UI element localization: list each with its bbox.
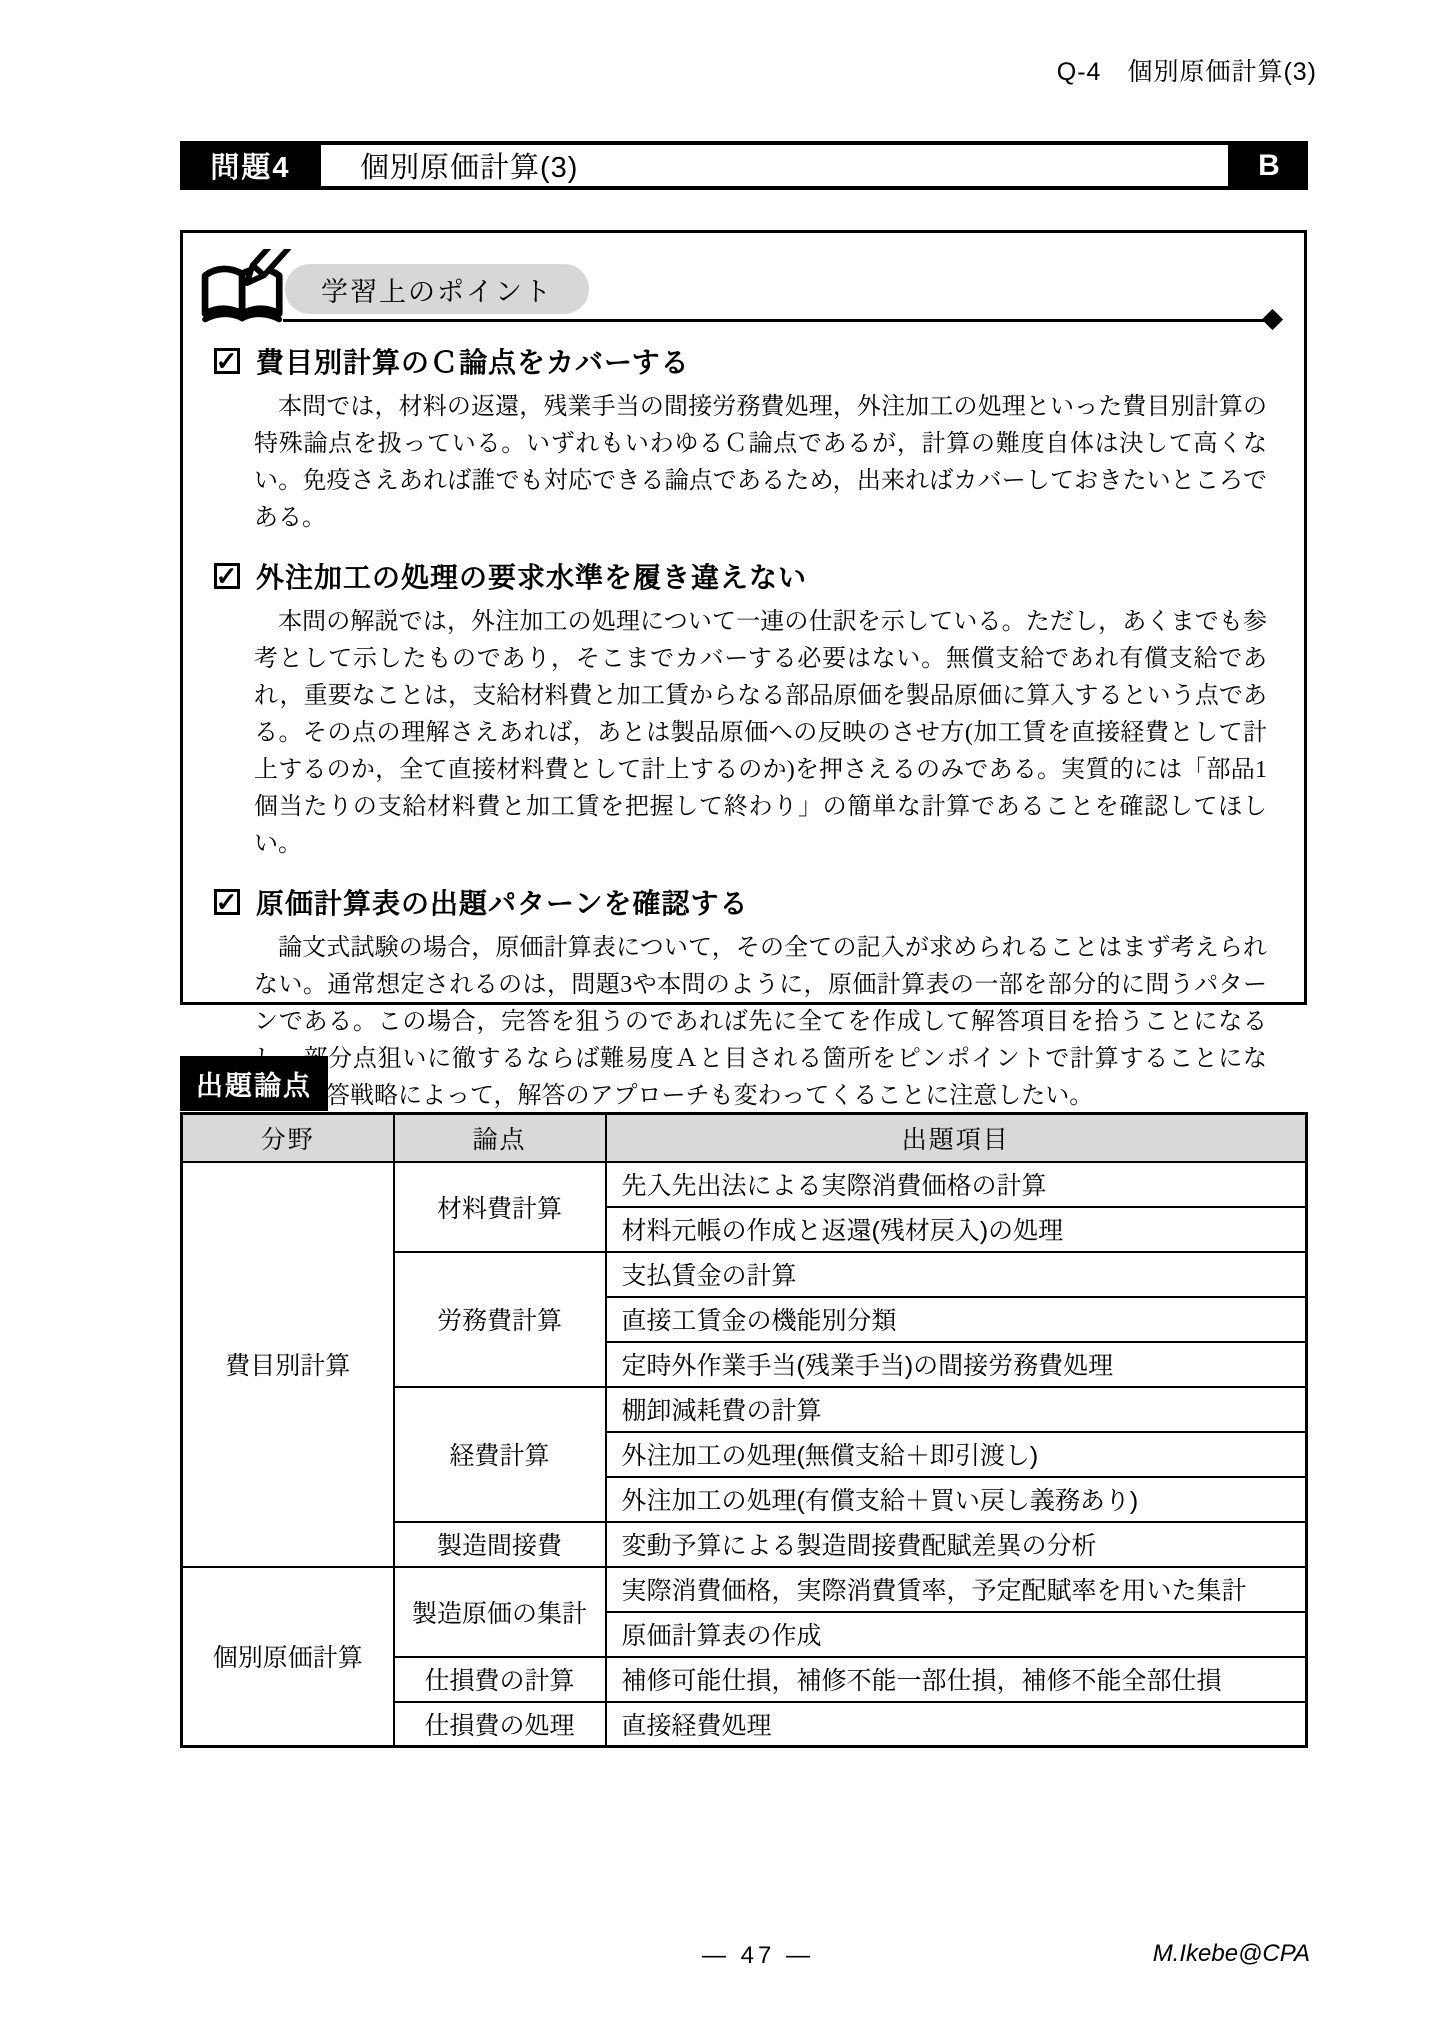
checkbox-checked-icon: ✓ [214,348,240,374]
points-header-pill: 学習上のポイント [285,264,589,314]
page-number: — 47 — [702,1942,814,1970]
table-cell-item: 変動予算による製造間接費配賦差異の分析 [606,1522,1307,1567]
table-cell-item: 棚卸減耗費の計算 [606,1387,1307,1432]
table-cell-topic: 仕損費の計算 [394,1657,606,1702]
table-cell-item: 直接工賃金の機能別分類 [606,1297,1307,1342]
point-heading-row: ✓ 原価計算表の出題パターンを確認する [214,882,1267,922]
point-section-2: ✓ 外注加工の処理の要求水準を履き違えない 本問の解説では，外注加工の処理につい… [214,556,1267,863]
table-cell-item: 原価計算表の作成 [606,1612,1307,1657]
checkbox-checked-icon: ✓ [214,889,240,915]
checkbox-checked-icon: ✓ [214,563,240,589]
table-header-row: 分野 論点 出題項目 [182,1114,1307,1162]
topics-label: 出題論点 [180,1056,328,1111]
point-body: 本問の解説では，外注加工の処理について一連の仕訳を示している。ただし，あくまでも… [254,604,1267,863]
point-body: 論文式試験の場合，原価計算表について，その全ての記入が求められることはまず考えら… [254,930,1267,1115]
table-cell-item: 外注加工の処理(有償支給＋買い戻し義務あり) [606,1477,1307,1522]
learning-points-box: 学習上のポイント ✓ 費目別計算のＣ論点をカバーする 本問では，材料の返還，残業… [180,230,1307,1005]
table-cell-item: 材料元帳の作成と返還(残材戻入)の処理 [606,1207,1307,1252]
running-header: Q-4 個別原価計算(3) [1057,52,1317,88]
footer-credit: M.Ikebe@CPA [1153,1940,1310,1968]
table-cell-topic: 仕損費の処理 [394,1702,606,1747]
table-cell-item: 外注加工の処理(無償支給＋即引渡し) [606,1432,1307,1477]
col-header-item: 出題項目 [606,1114,1307,1162]
table-row: 個別原価計算製造原価の集計実際消費価格，実際消費賃率，予定配賦率を用いた集計 [182,1567,1307,1612]
topics-table-body: 費目別計算材料費計算先入先出法による実際消費価格の計算材料元帳の作成と返還(残材… [182,1162,1307,1747]
table-cell-item: 支払賃金の計算 [606,1252,1307,1297]
title-bar: 問題4 個別原価計算(3) B [180,141,1308,190]
table-cell-item: 補修可能仕損，補修不能一部仕損，補修不能全部仕損 [606,1657,1307,1702]
col-header-field: 分野 [182,1114,394,1162]
table-cell-topic: 製造原価の集計 [394,1567,606,1657]
problem-number-label: 問題4 [180,145,321,186]
point-section-3: ✓ 原価計算表の出題パターンを確認する 論文式試験の場合，原価計算表について，そ… [214,882,1267,1115]
point-heading: 費目別計算のＣ論点をカバーする [256,341,690,381]
points-header-rule [283,319,1276,322]
table-cell-topic: 経費計算 [394,1387,606,1522]
point-heading: 原価計算表の出題パターンを確認する [256,882,748,922]
point-body: 本問では，材料の返還，残業手当の間接労務費処理，外注加工の処理といった費目別計算… [254,389,1267,537]
book-pencil-icon [197,249,293,327]
point-heading: 外注加工の処理の要求水準を履き違えない [256,556,807,596]
diamond-icon [1262,309,1283,330]
point-section-1: ✓ 費目別計算のＣ論点をカバーする 本問では，材料の返還，残業手当の間接労務費処… [214,341,1267,537]
point-heading-row: ✓ 外注加工の処理の要求水準を履き違えない [214,556,1267,596]
table-cell-item: 先入先出法による実際消費価格の計算 [606,1162,1307,1207]
table-cell-item: 定時外作業手当(残業手当)の間接労務費処理 [606,1342,1307,1387]
page: Q-4 個別原価計算(3) 問題4 個別原価計算(3) B 学習上のポイント ✓… [0,0,1434,2028]
page-title: 個別原価計算(3) [321,145,1230,186]
table-cell-item: 直接経費処理 [606,1702,1307,1747]
topics-table: 分野 論点 出題項目 費目別計算材料費計算先入先出法による実際消費価格の計算材料… [180,1112,1308,1748]
table-cell-topic: 労務費計算 [394,1252,606,1387]
table-cell-field: 個別原価計算 [182,1567,394,1747]
grade-badge: B [1230,145,1308,186]
col-header-topic: 論点 [394,1114,606,1162]
table-cell-topic: 材料費計算 [394,1162,606,1252]
table-cell-topic: 製造間接費 [394,1522,606,1567]
table-cell-item: 実際消費価格，実際消費賃率，予定配賦率を用いた集計 [606,1567,1307,1612]
table-row: 費目別計算材料費計算先入先出法による実際消費価格の計算 [182,1162,1307,1207]
point-heading-row: ✓ 費目別計算のＣ論点をカバーする [214,341,1267,381]
table-cell-field: 費目別計算 [182,1162,394,1567]
